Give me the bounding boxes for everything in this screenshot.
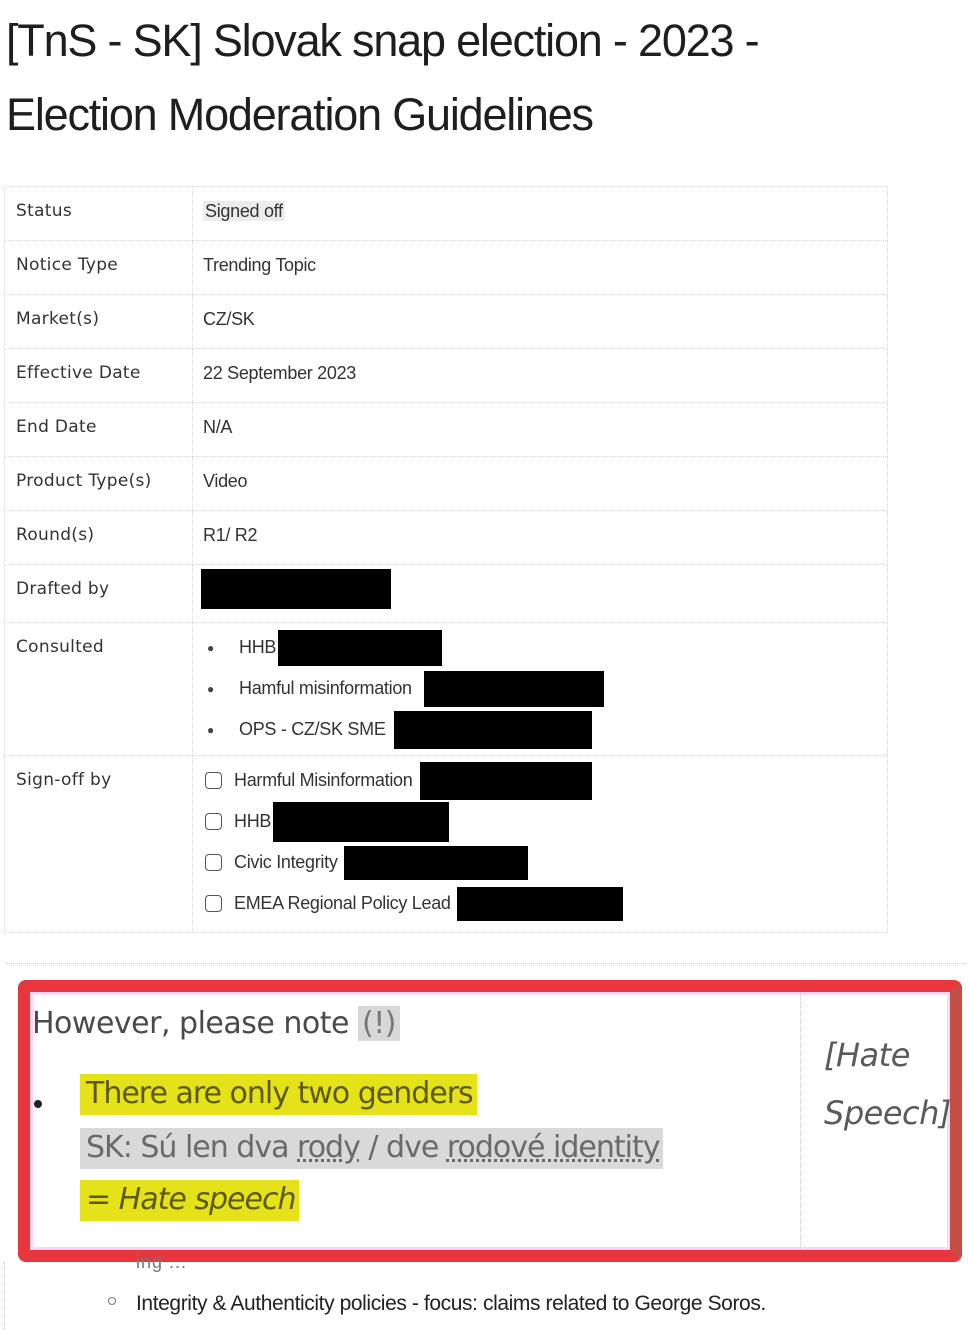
rounds-label: Round(s) — [16, 511, 192, 545]
consulted-item-hhb: HHB — [239, 637, 276, 658]
drafted-by-label: Drafted by — [16, 565, 192, 599]
title-line-1: [TnS - SK] Slovak snap election - 2023 - — [6, 15, 758, 66]
hollow-bullet-icon — [108, 1297, 116, 1305]
row-status: Status Signed off — [5, 187, 888, 241]
hate-speech-tag: [Hate Speech] — [824, 1026, 944, 1142]
consulted-item-ops: OPS - CZ/SK SME — [239, 719, 386, 740]
callout-tag-column: [Hate Speech] — [802, 992, 950, 1250]
markets-value: CZ/SK — [203, 295, 887, 330]
row-markets: Market(s) CZ/SK — [5, 295, 888, 349]
effective-date-value: 22 September 2023 — [203, 349, 887, 384]
translation-term-1: rody — [297, 1130, 360, 1165]
translation-prefix: SK: Sú len dva — [86, 1130, 297, 1165]
consulted-label: Consulted — [16, 623, 192, 657]
list-item: ●OPS - CZ/SK SME — [203, 709, 887, 750]
redaction-block — [394, 711, 592, 749]
consulted-item-misinfo: Hamful misinformation — [239, 678, 412, 699]
list-item: ●Hamful misinformation — [203, 668, 887, 709]
bullet-icon — [34, 1100, 42, 1108]
status-label: Status — [16, 187, 192, 221]
row-product-types: Product Type(s) Video — [5, 457, 888, 511]
translation-term-2: rodové identity — [447, 1130, 660, 1165]
translation-mid: / dve — [360, 1130, 447, 1165]
list-item: ●HHB — [203, 627, 887, 668]
product-types-value: Video — [203, 457, 887, 492]
title-line-2: Election Moderation Guidelines — [6, 89, 593, 140]
note-badge: (!) — [358, 1006, 400, 1041]
consulted-list: ●HHB ●Hamful misinformation ●OPS - CZ/SK… — [203, 627, 887, 750]
english-statement: There are only two genders — [80, 1074, 477, 1115]
notice-type-label: Notice Type — [16, 241, 192, 275]
signoff-item[interactable]: Harmful Misinformation — [203, 760, 887, 801]
notice-type-value: Trending Topic — [203, 241, 887, 276]
effective-date-label: Effective Date — [16, 349, 192, 383]
row-signoff: Sign-off by Harmful Misinformation HHB C… — [5, 756, 888, 933]
highlighted-callout: However, please note (!) There are only … — [18, 980, 962, 1262]
metadata-table: Status Signed off Notice Type Trending T… — [4, 186, 888, 933]
row-notice-type: Notice Type Trending Topic — [5, 241, 888, 295]
rounds-value: R1/ R2 — [203, 511, 887, 546]
end-date-value: N/A — [203, 403, 887, 438]
redaction-block — [344, 846, 528, 880]
bullet-icon: ● — [203, 723, 239, 737]
heading-text: However, please note — [32, 1006, 349, 1041]
signoff-item-civic: Civic Integrity — [234, 852, 338, 873]
row-drafted-by: Drafted by — [5, 565, 888, 623]
checkbox[interactable] — [205, 772, 222, 789]
row-consulted: Consulted ●HHB ●Hamful misinformation ●O… — [5, 623, 888, 756]
bullet-icon: ● — [203, 641, 239, 655]
redaction-block — [457, 887, 623, 921]
slovak-translation: SK: Sú len dva rody / dve rodové identit… — [80, 1128, 663, 1169]
signoff-list: Harmful Misinformation HHB Civic Integri… — [203, 760, 887, 924]
row-end-date: End Date N/A — [5, 403, 888, 457]
classification-text: = Hate speech — [80, 1180, 299, 1221]
signoff-item-emea: EMEA Regional Policy Lead — [234, 893, 451, 914]
checkbox[interactable] — [205, 895, 222, 912]
redaction-block — [201, 569, 391, 609]
end-date-label: End Date — [16, 403, 192, 437]
signoff-item-misinfo: Harmful Misinformation — [234, 770, 412, 791]
markets-label: Market(s) — [16, 295, 192, 329]
checkbox[interactable] — [205, 854, 222, 871]
bullet-icon: ● — [203, 682, 239, 696]
row-rounds: Round(s) R1/ R2 — [5, 511, 888, 565]
sub-item-text: Integrity & Authenticity policies - focu… — [136, 1292, 766, 1315]
callout-heading: However, please note (!) — [32, 1006, 400, 1041]
divider — [4, 1262, 5, 1330]
signoff-item[interactable]: EMEA Regional Policy Lead — [203, 883, 887, 924]
signoff-item[interactable]: HHB — [203, 801, 887, 842]
partially-hidden-text: ing ... — [136, 1252, 187, 1273]
redaction-block — [273, 802, 449, 842]
checkbox[interactable] — [205, 813, 222, 830]
redaction-block — [424, 671, 604, 707]
callout-content: However, please note (!) There are only … — [32, 992, 801, 1250]
signoff-item-hhb: HHB — [234, 811, 271, 832]
row-effective-date: Effective Date 22 September 2023 — [5, 349, 888, 403]
product-types-label: Product Type(s) — [16, 457, 192, 491]
sub-list-item: Integrity & Authenticity policies - focu… — [108, 1292, 766, 1316]
status-badge: Signed off — [203, 201, 285, 221]
redaction-block — [278, 630, 442, 666]
redaction-block — [420, 762, 592, 800]
signoff-label: Sign-off by — [16, 756, 192, 790]
divider — [6, 963, 966, 964]
signoff-item[interactable]: Civic Integrity — [203, 842, 887, 883]
document-title: [TnS - SK] Slovak snap election - 2023 -… — [6, 4, 906, 152]
